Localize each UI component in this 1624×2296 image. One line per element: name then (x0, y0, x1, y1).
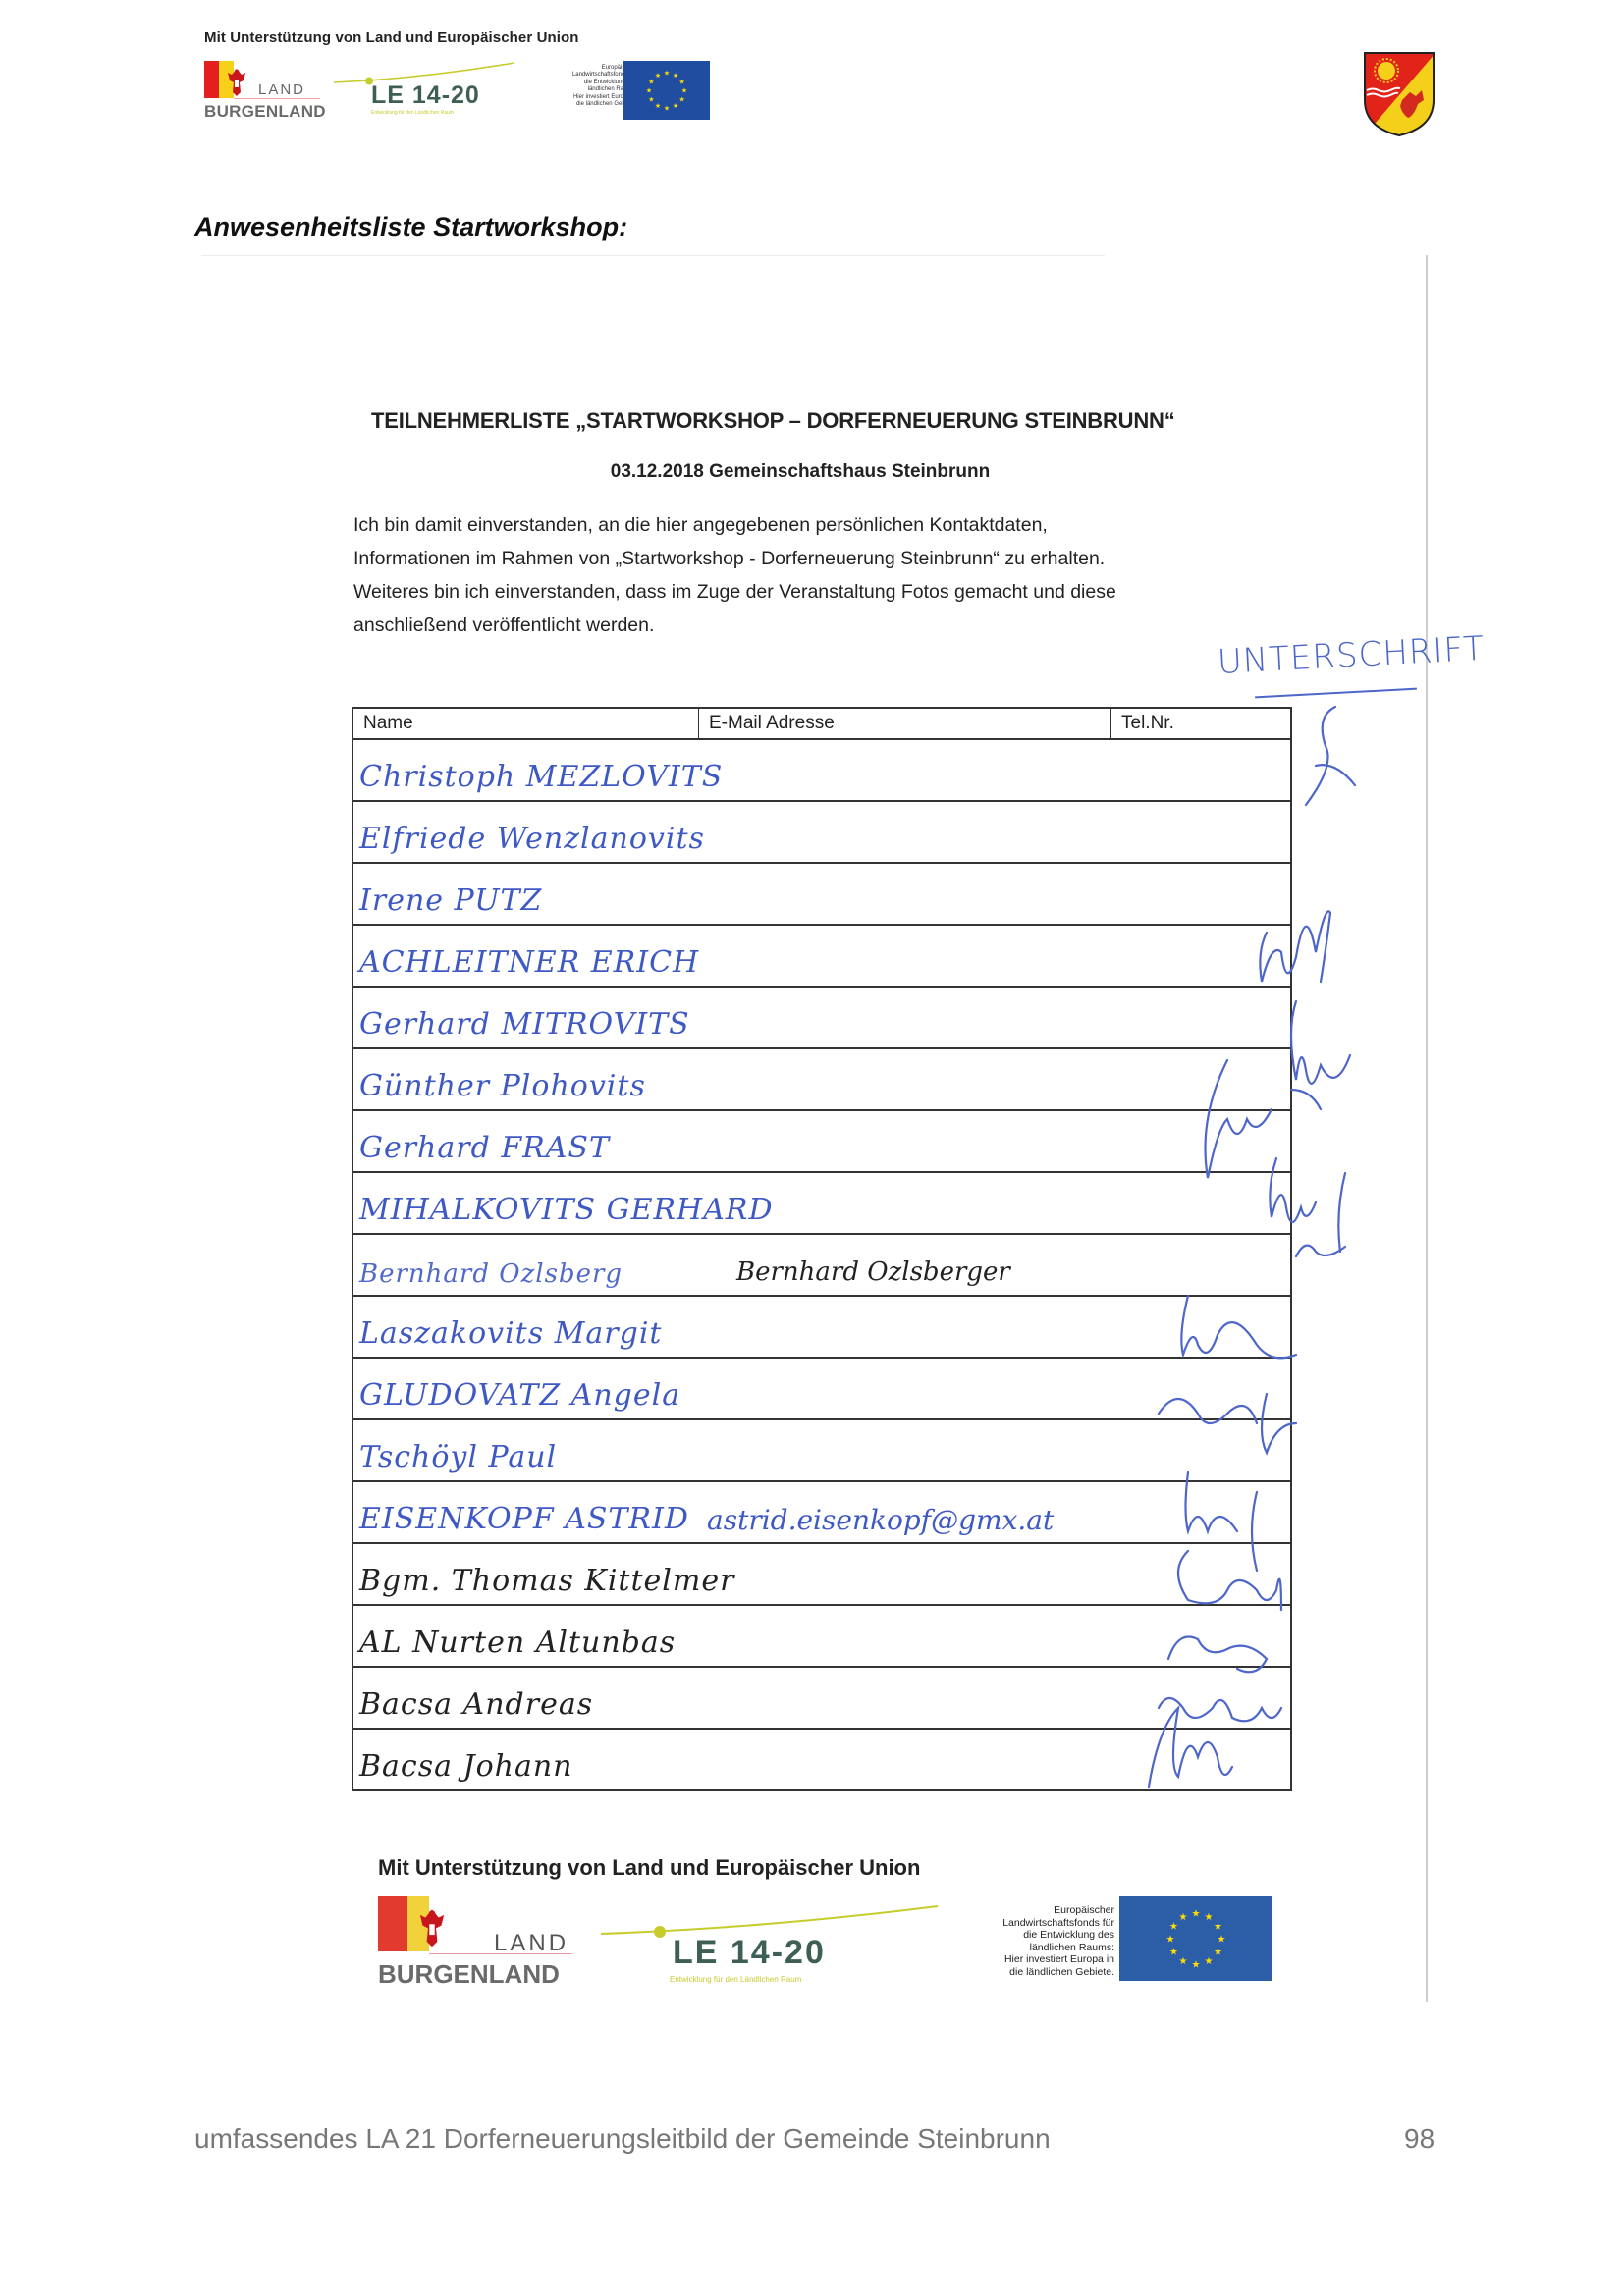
svg-text:★: ★ (1214, 1948, 1222, 1958)
participant-name: Tschöyl Paul (359, 1440, 557, 1474)
svg-text:★: ★ (1218, 1935, 1226, 1946)
land-burgenland-logo-large: LAND BURGENLAND (378, 1896, 574, 1987)
table-body: Christoph MEZLOVITSElfriede Wenzlanovits… (353, 740, 1290, 1789)
participant-name: AL Nurten Altunbas (359, 1626, 676, 1660)
eu-fund-text-large: Europäischer Landwirtschaftsfonds für di… (957, 1904, 1114, 1978)
eu-flag-icon: ★★★★★★★★★★★★ (1119, 1896, 1272, 1981)
participant-name: Irene PUTZ (359, 883, 542, 918)
burgenland-eagle-icon (226, 65, 247, 98)
column-header-email: E-Mail Adresse (699, 709, 1111, 738)
eu-fund-text: Europäischer Landwirtschaftsfonds für di… (533, 65, 636, 108)
participant-name: GLUDOVATZ Angela (359, 1378, 680, 1413)
svg-text:★: ★ (1214, 1922, 1222, 1933)
svg-text:★: ★ (673, 102, 678, 110)
participant-name: Bernhard Ozlsberg (359, 1259, 623, 1289)
participant-name: Gerhard MITROVITS (359, 1007, 690, 1041)
table-row: ACHLEITNER ERICH (353, 926, 1290, 988)
svg-text:★: ★ (648, 95, 654, 103)
le-14-20-logo: LE 14-20 Entwicklung für den Ländlichen … (332, 59, 518, 124)
svg-text:★: ★ (678, 95, 684, 103)
svg-text:★: ★ (1169, 1948, 1178, 1958)
table-row: Laszakovits Margit (353, 1297, 1290, 1359)
svg-text:★: ★ (1179, 1912, 1188, 1923)
svg-text:★: ★ (681, 86, 687, 94)
participant-name: Bgm. Thomas Kittelmer (359, 1564, 734, 1598)
scan-right-edge (1426, 255, 1428, 2002)
section-title: Anwesenheitsliste Startworkshop: (194, 212, 627, 242)
header-support-text: Mit Unterstützung von Land und Europäisc… (204, 29, 579, 46)
participant-name: Laszakovits Margit (359, 1316, 662, 1351)
svg-text:★: ★ (646, 86, 652, 94)
scan-top-edge (201, 255, 1105, 256)
table-row: MIHALKOVITS GERHARD (353, 1173, 1290, 1235)
scan-support-text: Mit Unterstützung von Land und Europäisc… (378, 1855, 920, 1881)
svg-text:★: ★ (1166, 1935, 1175, 1946)
participant-name-printed: Bernhard Ozlsberger (736, 1257, 1010, 1287)
table-row: Christoph MEZLOVITS (353, 740, 1290, 802)
table-row: Gerhard FRAST (353, 1111, 1290, 1173)
table-row: Irene PUTZ (353, 864, 1290, 926)
svg-text:★: ★ (1205, 1912, 1214, 1923)
svg-text:★: ★ (673, 72, 678, 80)
land-burgenland-logo: LAND BURGENLAND (204, 61, 320, 122)
le-14-20-logo-large: LE 14-20 Entwicklung für den Ländlichen … (599, 1893, 952, 1991)
participant-name: Bacsa Johann (359, 1749, 573, 1784)
footer-document-title: umfassendes LA 21 Dorferneuerungsleitbil… (194, 2123, 1051, 2155)
scan-logo-row: LAND BURGENLAND LE 14-20 Entwicklung für… (378, 1893, 1281, 1991)
svg-text:★: ★ (1169, 1922, 1178, 1933)
table-row: Tschöyl Paul (353, 1420, 1290, 1482)
table-row: EISENKOPF ASTRIDastrid.eisenkopf@gmx.at (353, 1482, 1290, 1544)
page-number: 98 (1404, 2123, 1435, 2155)
table-row: Bacsa Andreas (353, 1668, 1290, 1730)
eu-flag-icon: ★★★★★★★★★★★★ (623, 61, 710, 120)
attendance-sheet-heading: TEILNEHMERLISTE „STARTWORKSHOP – DORFERN… (371, 408, 1274, 434)
svg-text:★: ★ (648, 78, 654, 85)
svg-text:★: ★ (664, 69, 670, 77)
table-row: Bacsa Johann (353, 1730, 1290, 1789)
header-logo-row: LAND BURGENLAND LE 14-20 Entwicklung für… (204, 59, 715, 124)
svg-text:★: ★ (1205, 1956, 1214, 1967)
table-row: Bgm. Thomas Kittelmer (353, 1544, 1290, 1606)
participant-name: Elfriede Wenzlanovits (359, 822, 705, 856)
burgenland-eagle-icon (415, 1904, 449, 1949)
participant-name: ACHLEITNER ERICH (359, 945, 699, 980)
table-header: Name E-Mail Adresse Tel.Nr. (353, 709, 1290, 740)
svg-text:★: ★ (664, 104, 670, 112)
table-row: Bernhard OzlsbergBernhard Ozlsberger (353, 1235, 1290, 1297)
signature-label-underline (1255, 688, 1417, 699)
participant-name: MIHALKOVITS GERHARD (359, 1193, 774, 1227)
column-header-name: Name (353, 709, 699, 738)
table-row: AL Nurten Altunbas (353, 1606, 1290, 1668)
svg-text:★: ★ (1179, 1956, 1188, 1967)
svg-text:★: ★ (678, 78, 684, 85)
steinbrunn-coat-of-arms-icon (1363, 51, 1435, 137)
svg-text:★: ★ (655, 102, 661, 110)
participant-name: Bacsa Andreas (359, 1687, 593, 1722)
participant-name: EISENKOPF ASTRID (359, 1502, 689, 1536)
column-header-tel: Tel.Nr. (1111, 709, 1290, 738)
svg-text:★: ★ (655, 72, 661, 80)
table-row: Gerhard MITROVITS (353, 988, 1290, 1049)
attendance-table: Name E-Mail Adresse Tel.Nr. Christoph ME… (352, 707, 1292, 1791)
attendance-sheet-date-location: 03.12.2018 Gemeinschaftshaus Steinbrunn (353, 461, 1247, 483)
participant-email: astrid.eisenkopf@gmx.at (707, 1504, 1054, 1536)
participant-name: Gerhard FRAST (359, 1131, 610, 1165)
consent-text: Ich bin damit einverstanden, an die hier… (353, 508, 1296, 642)
table-row: Elfriede Wenzlanovits (353, 802, 1290, 864)
svg-text:★: ★ (1192, 1960, 1201, 1971)
svg-text:★: ★ (1192, 1909, 1201, 1920)
table-row: Günther Plohovits (353, 1049, 1290, 1111)
participant-name: Christoph MEZLOVITS (359, 760, 723, 794)
participant-name: Günther Plohovits (359, 1069, 646, 1103)
table-row: GLUDOVATZ Angela (353, 1359, 1290, 1420)
